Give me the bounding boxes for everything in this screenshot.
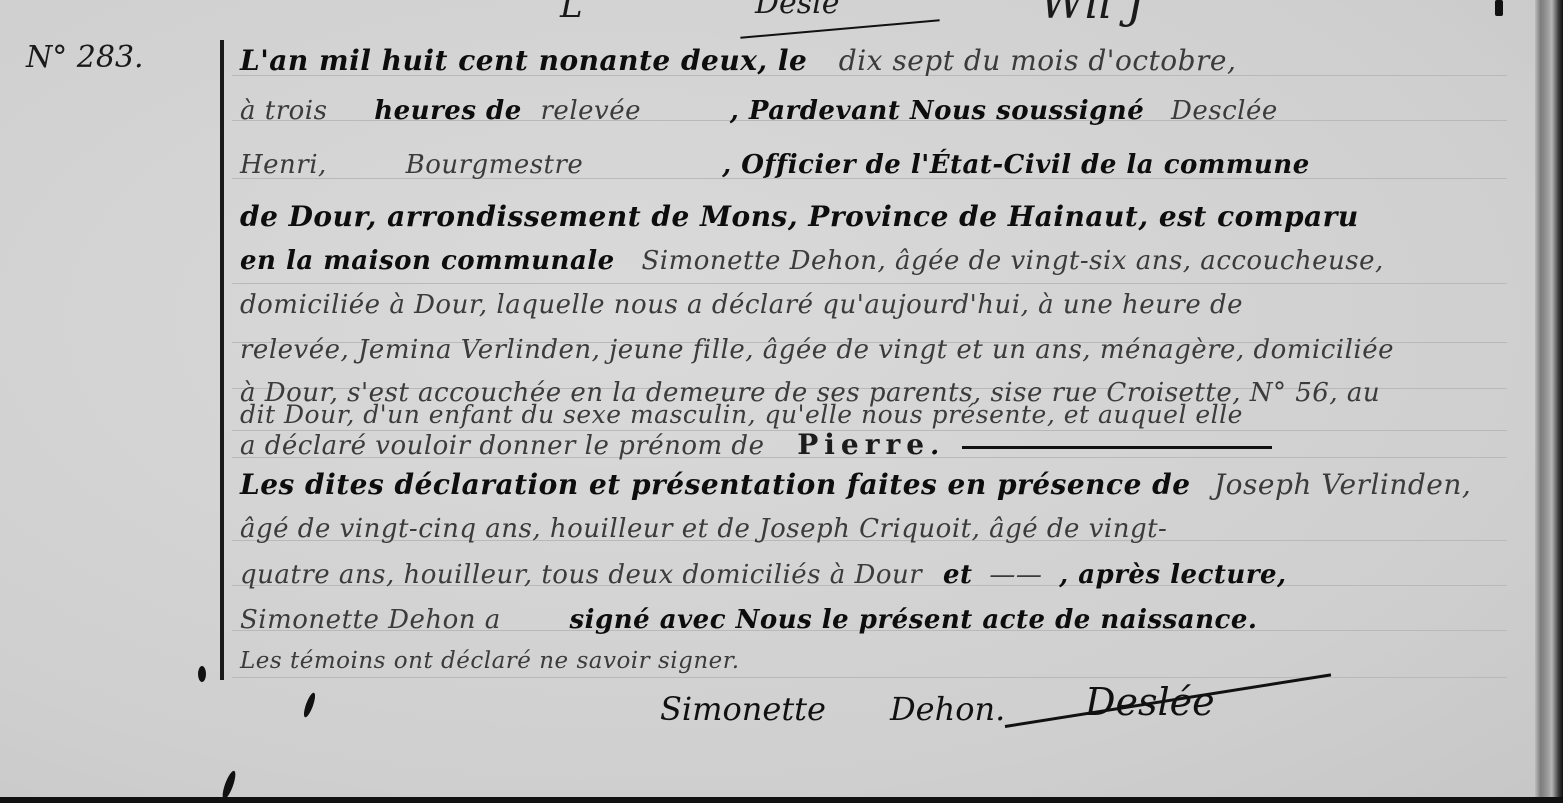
page-edge [1535, 0, 1563, 803]
declarant-signature-surname: Dehon. [890, 690, 1005, 728]
printed-text: Les dites déclaration et présentation fa… [240, 468, 1191, 501]
entry-number: N° 283. [26, 40, 144, 75]
text-line-15: Les témoins ont déclaré ne savoir signer… [240, 648, 740, 674]
text-line-2: à trois heures de relevée , Pardevant No… [240, 96, 1278, 126]
previous-entry-signature: Deslé [755, 0, 840, 21]
text-line-9: dit Dour, d'un enfant du sexe masculin, … [240, 400, 1243, 429]
document-scan: L Deslé Wil J N° 283. L'an mil huit cent… [0, 0, 1563, 803]
printed-text: , Officier de l'État-Civil de la commune [722, 150, 1310, 180]
text-line-5: en la maison communale Simonette Dehon, … [240, 246, 1384, 276]
printed-text: , après lecture, [1059, 560, 1287, 590]
officer-title: Bourgmestre [406, 150, 584, 180]
text-line-10: a déclaré vouloir donner le prénom de Pi… [240, 428, 1272, 461]
printed-text: signé avec Nous le présent acte de naiss… [570, 605, 1258, 635]
ink-mark [1495, 0, 1503, 16]
witness-1-name: Joseph Verlinden, [1214, 468, 1471, 501]
previous-entry-underline [740, 19, 939, 38]
handwritten-text: Simonette Dehon a [240, 605, 501, 635]
text-line-14: Simonette Dehon a signé avec Nous le pré… [240, 605, 1257, 635]
text-line-7: relevée, Jemina Verlinden, jeune fille, … [240, 335, 1394, 365]
text-line-11: Les dites déclaration et présentation fa… [240, 468, 1471, 501]
previous-entry-fragment: L [560, 0, 583, 26]
blank-dash: —— [989, 560, 1042, 590]
handwritten-text: quatre ans, houilleur, tous deux domicil… [240, 560, 922, 590]
handwritten-period: relevée [541, 96, 641, 126]
text-line-12: âgé de vingt-cinq ans, houilleur et de J… [240, 514, 1167, 544]
text-line-1: L'an mil huit cent nonante deux, le dix … [240, 44, 1236, 77]
handwritten-text: âgé de vingt-cinq ans, houilleur et de J… [240, 514, 1167, 544]
ink-mark [198, 666, 206, 682]
child-first-name: Pierre [797, 428, 930, 461]
ink-mark [302, 692, 317, 719]
previous-entry-fragment-right: Wil J [1040, 0, 1144, 29]
officer-surname: Desclée [1171, 96, 1278, 126]
handwritten-text: dit Dour, d'un enfant du sexe masculin, … [240, 400, 1243, 429]
handwritten-text: Simonette Dehon, âgée de vingt-six ans, … [641, 246, 1383, 276]
text-line-13: quatre ans, houilleur, tous deux domicil… [240, 560, 1287, 590]
ink-mark [220, 770, 238, 801]
handwritten-date: dix sept du mois d'octobre, [839, 44, 1237, 77]
declarant-signature: Simonette [660, 690, 826, 728]
handwritten-hour: à trois [240, 96, 327, 126]
printed-text: heures de [374, 96, 522, 126]
margin-rule [220, 40, 224, 680]
page-bottom-edge [0, 797, 1563, 803]
period: . [930, 431, 940, 461]
printed-text: de Dour, arrondissement de Mons, Provinc… [240, 200, 1359, 233]
fill-line [962, 446, 1272, 449]
text-line-6: domiciliée à Dour, laquelle nous a décla… [240, 290, 1243, 320]
handwritten-text: Les témoins ont déclaré ne savoir signer… [240, 648, 740, 674]
handwritten-text: a déclaré vouloir donner le prénom de [240, 431, 764, 461]
printed-text: et [943, 560, 973, 590]
officer-firstname: Henri, [240, 150, 327, 180]
ruled-line [232, 283, 1507, 284]
text-line-4: de Dour, arrondissement de Mons, Provinc… [240, 200, 1359, 233]
text-line-3: Henri, Bourgmestre , Officier de l'État-… [240, 150, 1310, 180]
printed-text: en la maison communale [240, 246, 615, 276]
handwritten-text: relevée, Jemina Verlinden, jeune fille, … [240, 335, 1394, 365]
handwritten-text: domiciliée à Dour, laquelle nous a décla… [240, 290, 1243, 320]
printed-text: , Pardevant Nous soussigné [730, 96, 1145, 126]
printed-text: L'an mil huit cent nonante deux, le [240, 44, 807, 77]
